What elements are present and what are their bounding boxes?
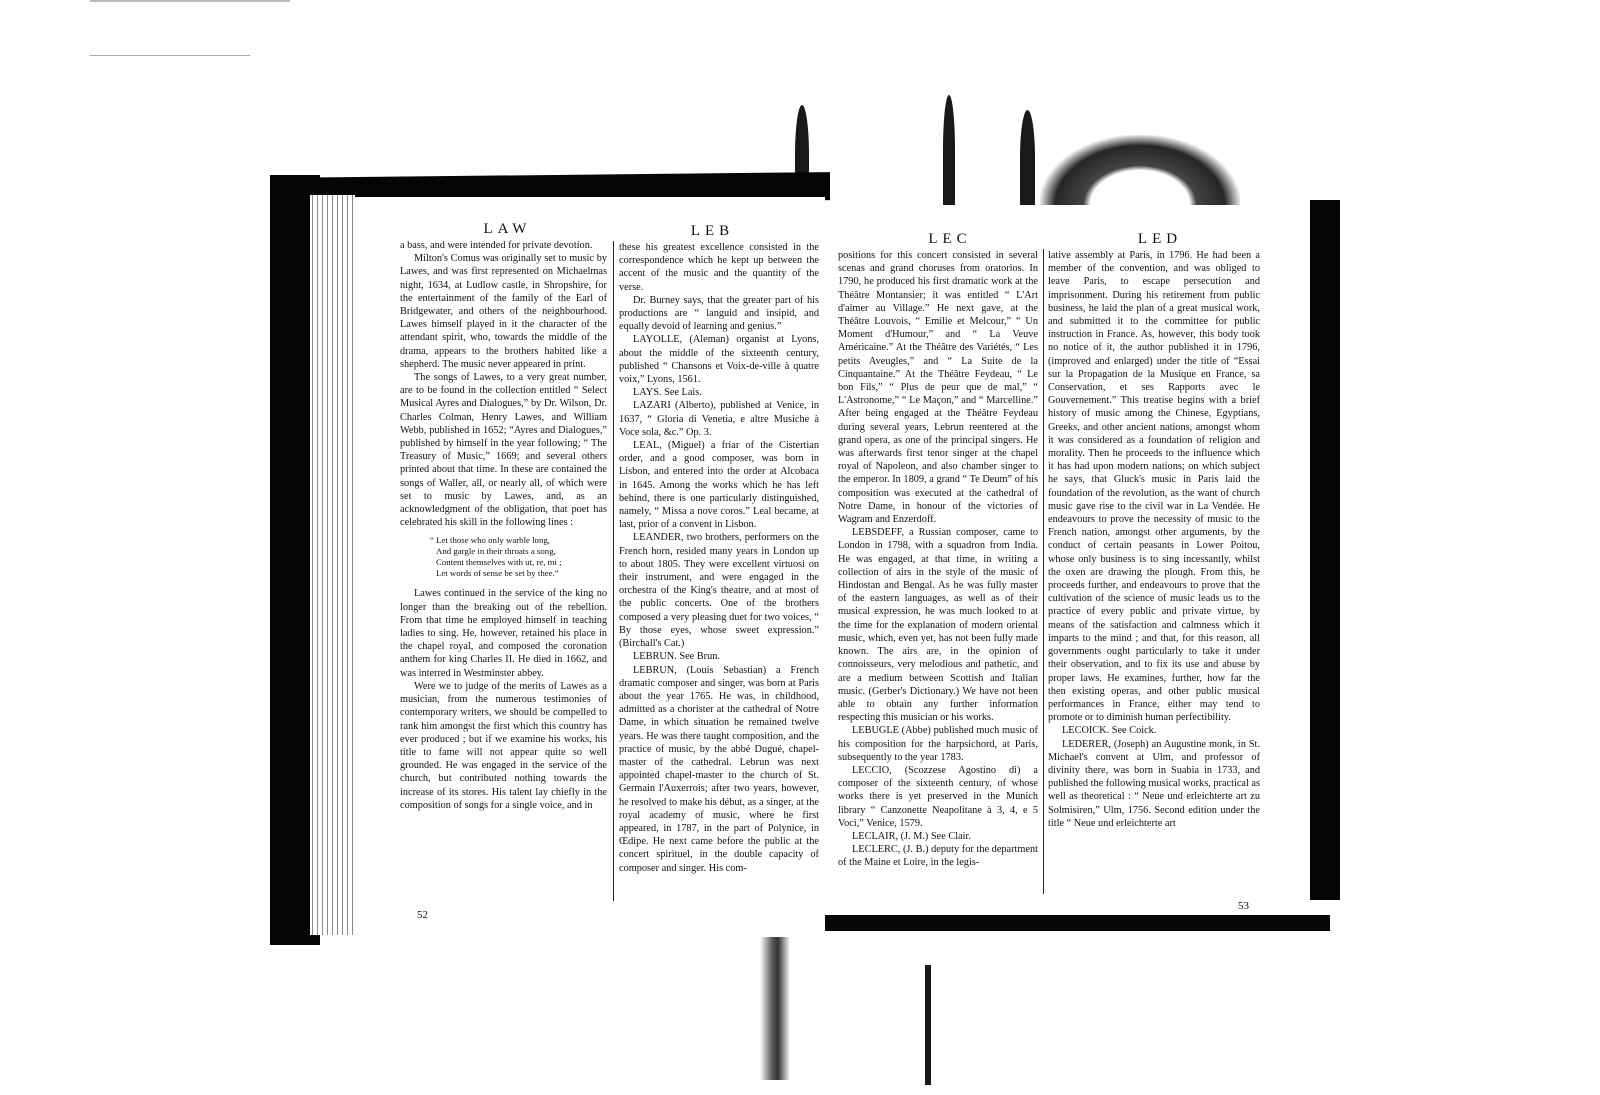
page-stack-edges bbox=[310, 195, 355, 935]
entry-leander: LEANDER, two brothers, performers on the… bbox=[619, 531, 819, 650]
book-cover-right-edge bbox=[1310, 200, 1340, 900]
entry-leccio: LECCIO, (Scozzese Agostino di) a compose… bbox=[838, 764, 1038, 830]
page-left: LAW LEB a bass, and were intended for pr… bbox=[355, 197, 825, 937]
entry-lays: LAYS. See Lais. bbox=[619, 386, 819, 399]
entry-layolle: LAYOLLE, (Aleman) organist at Lyons, abo… bbox=[619, 333, 819, 386]
scan-artifact-spine-bottom-2 bbox=[925, 965, 931, 1085]
paragraph: Milton's Comus was originally set to mus… bbox=[400, 252, 607, 371]
verse-line: Content themselves with ut, re, mi ; bbox=[430, 557, 607, 568]
column-led: lative assembly at Paris, in 1796. He ha… bbox=[1048, 249, 1260, 830]
entry-lebugle: LEBUGLE (Abbe) published much music of h… bbox=[838, 724, 1038, 764]
running-head-led: LED bbox=[1060, 231, 1260, 248]
page-right: LEC LED positions for this concert consi… bbox=[820, 205, 1310, 915]
paragraph: Lawes continued in the service of the ki… bbox=[400, 587, 607, 679]
scan-artifact-top-left bbox=[90, 0, 290, 2]
column-divider bbox=[1043, 249, 1044, 894]
paragraph: lative assembly at Paris, in 1796. He ha… bbox=[1048, 249, 1260, 724]
entry-lebrun: LEBRUN, (Louis Sebastian) a French drama… bbox=[619, 664, 819, 875]
column-law: a bass, and were intended for private de… bbox=[400, 239, 607, 812]
paragraph: these his greatest excellence consisted … bbox=[619, 241, 819, 294]
verse-line: And gargle in their throats a song, bbox=[430, 546, 607, 557]
verse-line: “ Let those who only warble long, bbox=[430, 535, 607, 546]
scan-artifact-top-dash bbox=[90, 55, 250, 56]
page-number-left: 52 bbox=[417, 909, 428, 921]
running-head-lec: LEC bbox=[850, 231, 1050, 248]
page-number-right: 53 bbox=[1238, 900, 1249, 912]
verse-quote: “ Let those who only warble long, And ga… bbox=[430, 535, 607, 579]
paragraph: positions for this concert consisted in … bbox=[838, 249, 1038, 526]
entry-lebsdeff: LEBSDEFF, a Russian composer, came to Lo… bbox=[838, 526, 1038, 724]
entry-lazari: LAZARI (Alberto), published at Venice, i… bbox=[619, 399, 819, 439]
running-head-leb: LEB bbox=[605, 223, 820, 240]
entry-lebrun-see: LEBRUN. See Brun. bbox=[619, 650, 819, 663]
paragraph: Were we to judge of the merits of Lawes … bbox=[400, 680, 607, 812]
entry-lederer: LEDERER, (Joseph) an Augustine monk, in … bbox=[1048, 738, 1260, 830]
entry-leal: LEAL, (Miguel) a friar of the Cistertian… bbox=[619, 439, 819, 531]
column-divider bbox=[613, 241, 614, 901]
paragraph: Dr. Burney says, that the greater part o… bbox=[619, 294, 819, 334]
scan-artifact-spine-bottom bbox=[760, 935, 790, 1080]
column-leb: these his greatest excellence consisted … bbox=[619, 241, 819, 875]
paragraph: a bass, and were intended for private de… bbox=[400, 239, 607, 252]
verse-line: Let words of sense be set by thee.” bbox=[430, 568, 607, 579]
running-head-law: LAW bbox=[400, 221, 615, 238]
paragraph: The songs of Lawes, to a very great numb… bbox=[400, 371, 607, 529]
entry-leclair: LECLAIR, (J. M.) See Clair. bbox=[838, 830, 1038, 843]
open-book: LAW LEB a bass, and were intended for pr… bbox=[270, 175, 1340, 945]
column-lec: positions for this concert consisted in … bbox=[838, 249, 1038, 870]
entry-leclerc: LECLERC, (J. B.) deputy for the departme… bbox=[838, 843, 1038, 869]
entry-lecoick: LECOICK. See Coick. bbox=[1048, 724, 1260, 737]
